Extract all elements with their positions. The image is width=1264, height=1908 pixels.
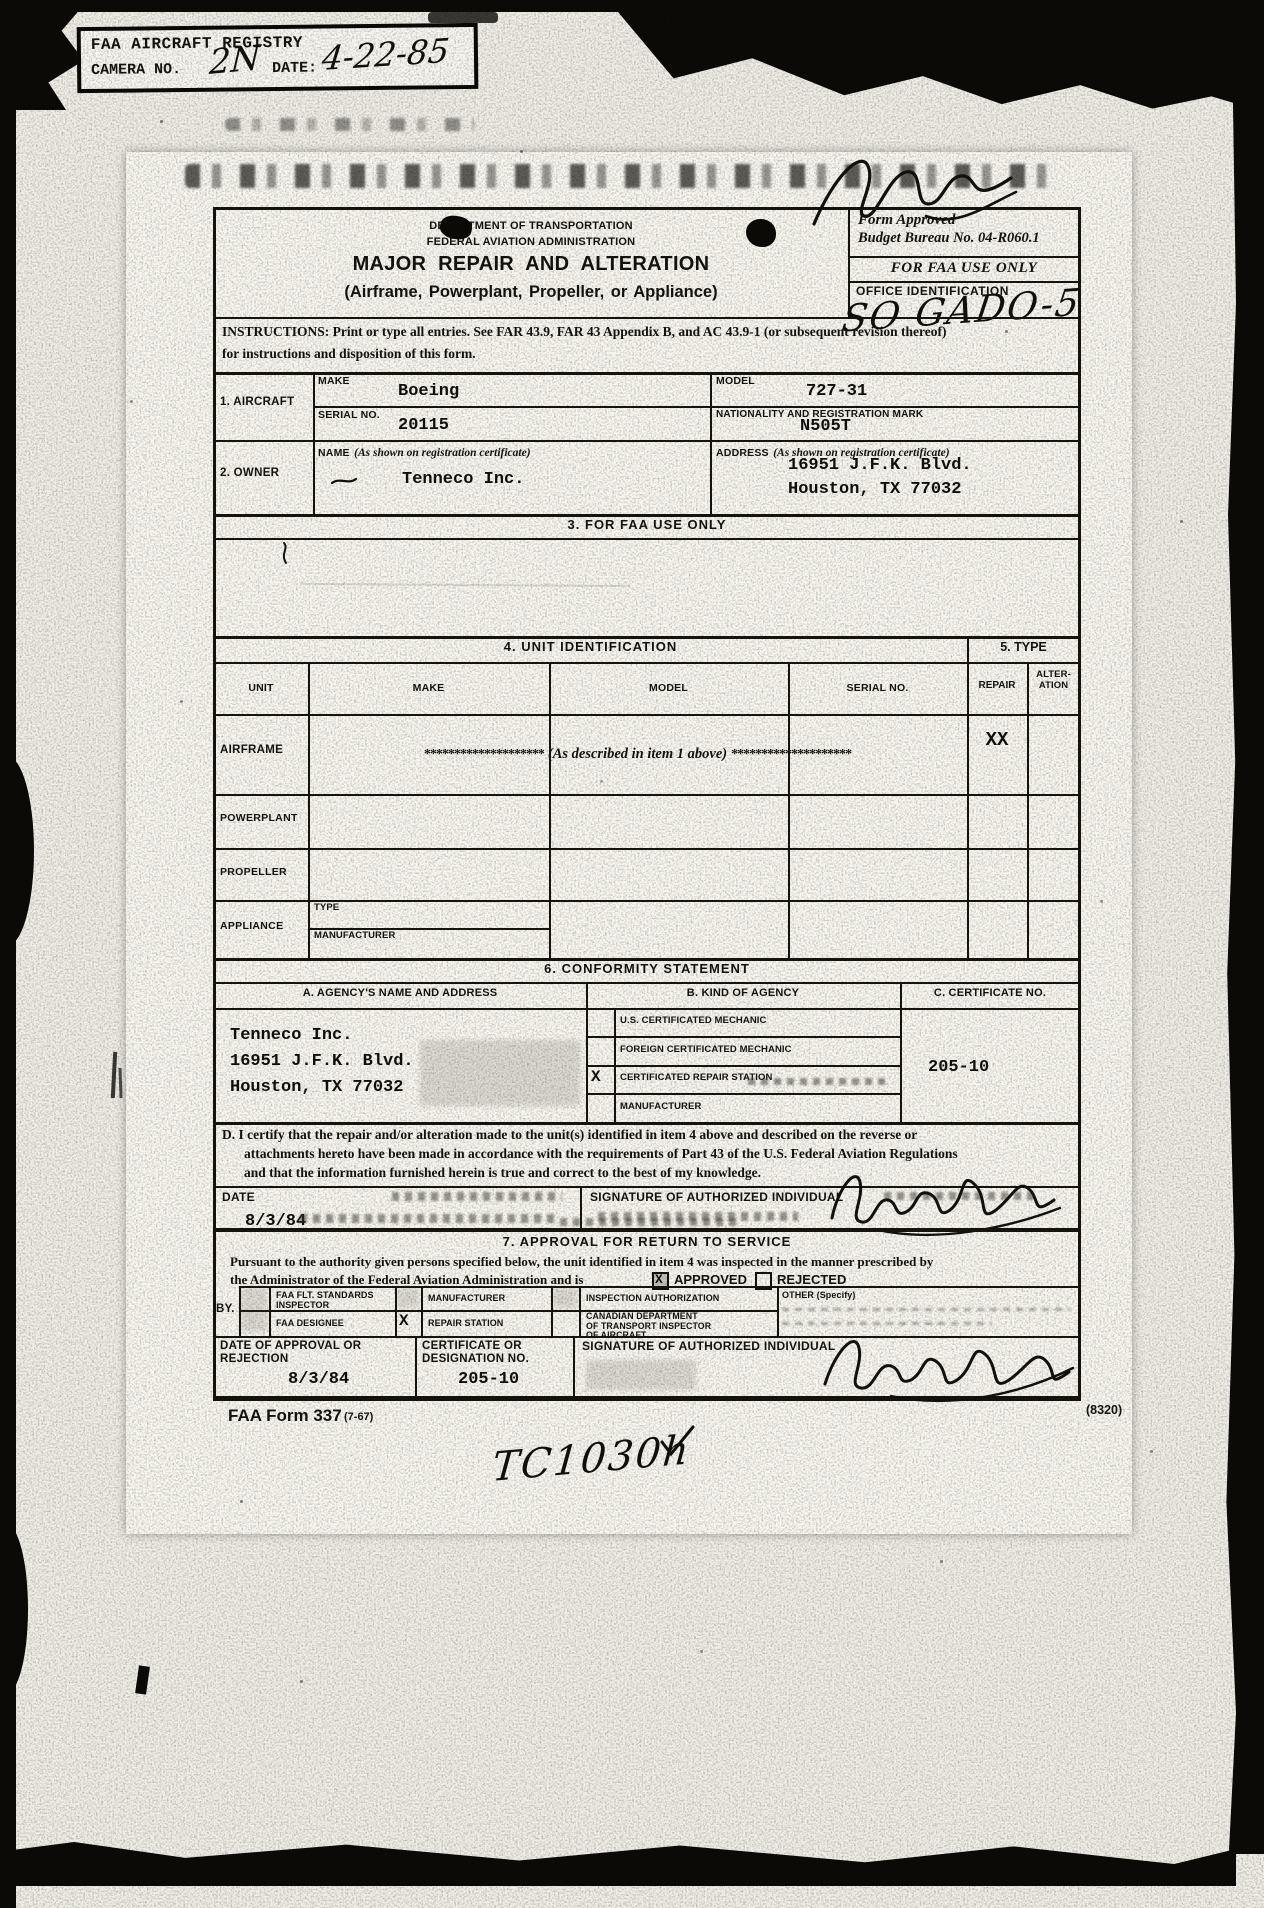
form-code: (8320): [1086, 1403, 1122, 1417]
col-header-repair: REPAIR: [967, 680, 1027, 692]
other-write-line: [782, 1308, 1070, 1311]
scan-artifact-mark: [111, 1052, 117, 1098]
certificate-no-value: 205-10: [928, 1058, 989, 1078]
agency-address-line1: 16951 J.F.K. Blvd.: [230, 1052, 414, 1072]
signature-label: SIGNATURE OF AUTHORIZED INDIVIDUAL: [590, 1191, 844, 1205]
grid-line: [214, 900, 1080, 902]
by-manufacturer-label: MANUFACTURER: [428, 1293, 505, 1303]
grid-line: [214, 1228, 1080, 1232]
designation-no-label: CERTIFICATE OR DESIGNATION NO.: [422, 1340, 529, 1366]
faa-use-only-label: FOR FAA USE ONLY: [848, 260, 1080, 277]
owner-address-line2: Houston, TX 77032: [788, 480, 961, 500]
approval-date-value: 8/3/84: [288, 1370, 349, 1390]
scan-smudge: [748, 1078, 888, 1085]
grid-line: [214, 1008, 1080, 1010]
scan-smudge: [553, 1288, 577, 1308]
grid-line: [710, 372, 712, 514]
airframe-description: ********************(As described in ite…: [308, 745, 967, 763]
section1-label: 1. AIRCRAFT: [220, 396, 294, 409]
grid-line: [214, 714, 1080, 716]
grid-line: [586, 1036, 900, 1038]
section4-title: 4. UNIT IDENTIFICATION: [214, 640, 967, 655]
scan-smudge: [397, 1288, 419, 1308]
by-other-label: OTHER (Specify): [782, 1290, 856, 1300]
col-header-alteration: ALTER- ATION: [1027, 669, 1080, 691]
appliance-manufacturer-label: MANUFACTURER: [314, 931, 395, 942]
appliance-type-label: TYPE: [314, 903, 339, 914]
scan-smudge: [586, 1360, 696, 1390]
row-appliance-label: APPLIANCE: [220, 920, 283, 932]
grid-line: [214, 1122, 1080, 1125]
grid-line: [900, 982, 902, 1122]
registry-stamp-title: FAA AIRCRAFT REGISTRY: [91, 34, 303, 55]
scan-artifact-mark3: [135, 1665, 150, 1694]
airframe-repair-mark: XX: [971, 730, 1023, 752]
owner-name-value: Tenneco Inc.: [402, 470, 524, 490]
ink-blot: [746, 219, 776, 247]
grid-line: [573, 1336, 575, 1398]
registration-value: N505T: [800, 417, 851, 437]
scan-artifact-left-bulge: [0, 756, 34, 946]
section5-title: 5. TYPE: [967, 640, 1080, 654]
model-value: 727-31: [806, 382, 867, 402]
grid-line: [1027, 662, 1029, 958]
make-value: Boeing: [398, 382, 459, 402]
approval-date-label: DATE OF APPROVAL OR REJECTION: [220, 1340, 361, 1366]
grid-line: [788, 662, 790, 958]
scan-smudge: [560, 1218, 740, 1226]
kind-us-mechanic-label: U.S. CERTIFICATED MECHANIC: [620, 1016, 767, 1027]
form-number: FAA Form 337: [228, 1406, 342, 1426]
camera-no-handwritten: 2N: [208, 39, 261, 83]
agency-name-value: Tenneco Inc.: [230, 1026, 352, 1046]
stamp-date-handwritten: 4-22-85: [320, 32, 451, 78]
form-edition: (7-67): [344, 1411, 373, 1424]
grid-line: [586, 1093, 900, 1095]
stamp-date-label: DATE:: [272, 60, 317, 78]
stray-pen-mark: [278, 541, 294, 567]
grid-line: [214, 662, 1080, 664]
scan-artifact-left-bulge2: [0, 1524, 28, 1694]
scan-artifact-mark2: [118, 1068, 122, 1098]
certify-statement-line1: D. I certify that the repair and/or alte…: [222, 1127, 917, 1143]
stray-pen-dash: [330, 474, 358, 488]
scan-smudge: [300, 1214, 560, 1223]
repair-station-approval-checkmark: X: [399, 1312, 409, 1330]
repair-station-checkmark: X: [591, 1068, 601, 1086]
by-repair-station-label: REPAIR STATION: [428, 1318, 503, 1328]
owner-address-label-text: ADDRESS: [716, 447, 769, 459]
owner-name-note: (As shown on registration certificate): [354, 447, 530, 459]
approval-authorized-signature: [795, 1322, 1077, 1407]
scanned-document: FAA AIRCRAFT REGISTRY CAMERA NO. 2N DATE…: [0, 0, 1264, 1908]
date-label: DATE: [222, 1191, 255, 1205]
grid-line: [214, 794, 1080, 796]
col-b-title: B. KIND OF AGENCY: [586, 987, 900, 1000]
scan-smudge: [420, 1040, 580, 1106]
owner-name-label: NAME (As shown on registration certifica…: [318, 443, 531, 461]
form-title: MAJOR REPAIR AND ALTERATION: [214, 253, 848, 276]
scribble-signature-top: [806, 146, 1021, 241]
scan-dirt-dots: [160, 120, 163, 123]
camera-no-label: CAMERA NO.: [91, 61, 181, 79]
approval-statement-line1: Pursuant to the authority given persons …: [230, 1255, 933, 1270]
make-label: MAKE: [318, 375, 350, 387]
designation-no-value: 205-10: [458, 1370, 519, 1390]
model-label: MODEL: [716, 375, 755, 387]
handwritten-checkmark: [660, 1424, 696, 1458]
scan-artifact-right-strip: [1224, 92, 1264, 1854]
grid-line: [214, 848, 1080, 850]
grid-line: [313, 372, 315, 514]
grid-line: [239, 1286, 1080, 1288]
scan-artifact-bottom-strip: [0, 1842, 1236, 1886]
grid-line: [214, 440, 1080, 442]
grid-line: [586, 982, 588, 1122]
section7-title: 7. APPROVAL FOR RETURN TO SERVICE: [214, 1235, 1080, 1250]
row-airframe-label: AIRFRAME: [220, 744, 283, 757]
serial-value: 20115: [398, 416, 449, 436]
grid-line: [214, 538, 1080, 540]
scan-smudge: [241, 1288, 267, 1332]
grid-line: [777, 1286, 779, 1336]
col-header-unit: UNIT: [214, 682, 308, 694]
by-label: BY.: [216, 1303, 235, 1316]
by-faa-designee-label: FAA DESIGNEE: [276, 1318, 344, 1328]
asterisk-fill-left: ********************: [424, 747, 544, 762]
scan-smudge: [392, 1192, 562, 1201]
grid-line: [313, 406, 1080, 408]
serial-label: SERIAL NO.: [318, 409, 380, 421]
row-powerplant-label: POWERPLANT: [220, 812, 298, 824]
grid-line: [848, 256, 1080, 258]
form-subtitle: (Airframe, Powerplant, Propeller, or App…: [214, 283, 848, 302]
grid-line: [214, 317, 1080, 319]
grid-line: [214, 982, 1080, 984]
scan-artifact-dirt-streak2: [225, 118, 475, 131]
grid-line: [549, 662, 551, 958]
agency-address-line2: Houston, TX 77032: [230, 1078, 403, 1098]
airframe-description-text: (As described in item 1 above): [548, 746, 727, 762]
owner-name-label-text: NAME: [318, 447, 350, 459]
col-a-title: A. AGENCY'S NAME AND ADDRESS: [214, 987, 586, 1000]
col-header-model: MODEL: [549, 682, 788, 694]
section2-label: 2. OWNER: [220, 467, 279, 480]
scan-artifact-top-right-blob: [608, 0, 1264, 112]
grid-line: [308, 662, 310, 958]
col-c-title: C. CERTIFICATE NO.: [900, 987, 1080, 1000]
certify-statement-line3: and that the information furnished herei…: [244, 1165, 761, 1181]
kind-manufacturer-label: MANUFACTURER: [620, 1102, 701, 1113]
asterisk-fill-right: ********************: [731, 747, 851, 762]
owner-address-line1: 16951 J.F.K. Blvd.: [788, 456, 972, 476]
col-header-make: MAKE: [308, 682, 549, 694]
section6-title: 6. CONFORMITY STATEMENT: [214, 962, 1080, 977]
registry-stamp-box: FAA AIRCRAFT REGISTRY CAMERA NO. 2N DATE…: [77, 23, 479, 93]
grid-line: [415, 1336, 417, 1398]
grid-line: [586, 1065, 900, 1067]
section3-title: 3. FOR FAA USE ONLY: [214, 518, 1080, 533]
col-header-serial: SERIAL NO.: [788, 682, 967, 694]
instructions-line1: INSTRUCTIONS: Print or type all entries.…: [222, 324, 947, 340]
by-inspection-auth-label: INSPECTION AUTHORIZATION: [586, 1293, 719, 1303]
kind-foreign-mechanic-label: FOREIGN CERTIFICATED MECHANIC: [620, 1045, 792, 1056]
scan-artifact-smear: [428, 12, 498, 23]
instructions-line2: for instructions and disposition of this…: [222, 346, 476, 362]
row-propeller-label: PROPELLER: [220, 866, 287, 878]
by-flt-standards-label: FAA FLT. STANDARDS INSPECTOR: [276, 1290, 374, 1310]
